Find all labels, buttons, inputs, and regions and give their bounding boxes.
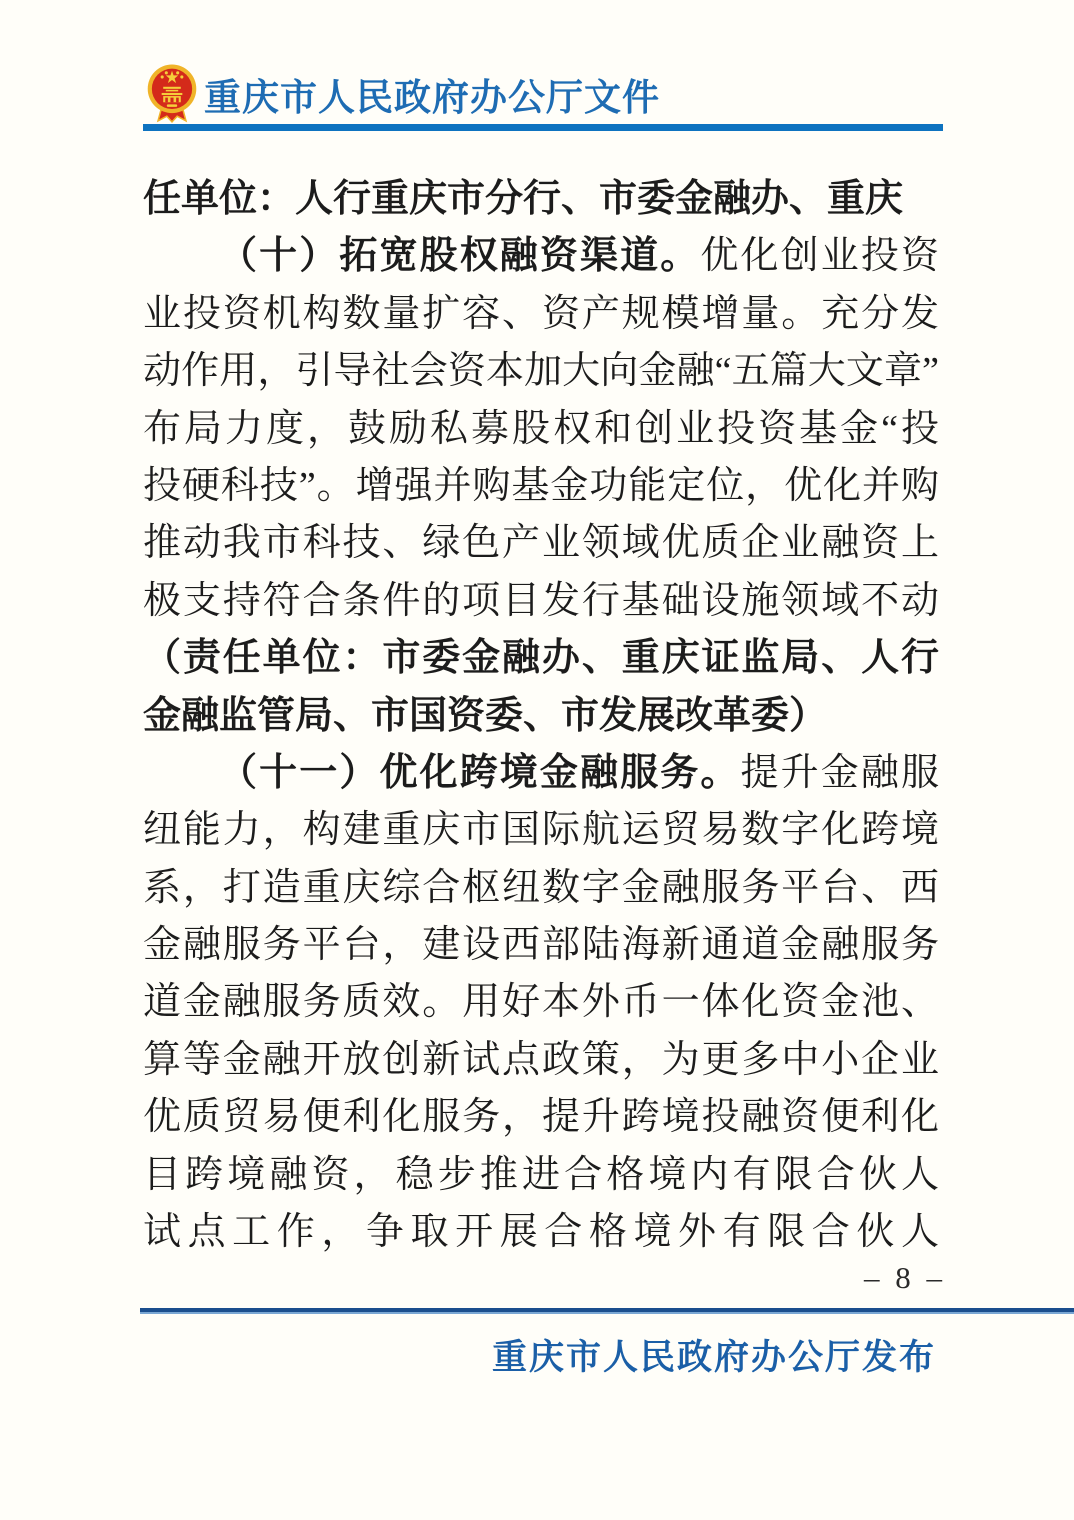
header-rule xyxy=(143,124,943,131)
body-line: 极支持符合条件的项目发行基础设施领域不动产投资信托基金。 xyxy=(143,573,939,630)
body-line: 算等金融开放创新试点政策，为更多中小企业和贸易新业态提供 xyxy=(143,1032,939,1089)
national-emblem-icon xyxy=(146,63,198,125)
body-text: 道金融服务质效。用好本外币一体化资金池、数字人民币跨境结 xyxy=(143,981,939,1031)
body-line: （十一）优化跨境金融服务。提升金融服务内陆开放综合枢 xyxy=(143,745,939,802)
body-text: 投硬科技”。增强并购基金功能定位，优化并购贷款服务，加力 xyxy=(143,465,939,515)
body-text-bold: 金融监管局、市国资委、市发展改革委） xyxy=(143,695,827,737)
body-line: 投硬科技”。增强并购基金功能定位，优化并购贷款服务，加力 xyxy=(143,458,939,515)
body-text: 试点工作，争取开展合格境外有限合伙人（QFLP）试点。推动 xyxy=(143,1211,939,1261)
body-line: （十）拓宽股权融资渠道。优化创业投资营商环境，推动创 xyxy=(143,228,939,285)
body-line: 动作用，引导社会资本加大向金融“五篇大文章”重点领域投资 xyxy=(143,343,939,400)
footer-rule xyxy=(140,1308,1074,1314)
body-line: 道金融服务质效。用好本外币一体化资金池、数字人民币跨境结 xyxy=(143,974,939,1031)
body-text-bold: 任单位：人行重庆市分行、市委金融办、重庆证监局） xyxy=(143,178,903,228)
body-text-bold: （十一）优化跨境金融服务。 xyxy=(219,752,741,794)
body-text: 极支持符合条件的项目发行基础设施领域不动产投资信托基金。 xyxy=(143,580,939,630)
header-title: 重庆市人民政府办公厅文件 xyxy=(204,67,660,121)
body-line: 业投资机构数量扩容、资产规模增量。充分发挥国有资本引导带 xyxy=(143,286,939,343)
document-header: 重庆市人民政府办公厅文件 xyxy=(146,63,660,125)
document-body: 任单位：人行重庆市分行、市委金融办、重庆证监局）（十）拓宽股权融资渠道。优化创业… xyxy=(143,171,939,1261)
body-line: （责任单位：市委金融办、重庆证监局、人行重庆市分行、重庆 xyxy=(143,630,939,687)
body-line: 纽能力，构建重庆市国际航运贸易数字化跨境结算融资服务体 xyxy=(143,802,939,859)
body-line: 优质贸易便利化服务，提升跨境投融资便利化水平。便利绿色项 xyxy=(143,1089,939,1146)
body-text: 算等金融开放创新试点政策，为更多中小企业和贸易新业态提供 xyxy=(143,1039,939,1089)
body-line: 金融服务平台，建设西部陆海新通道金融服务中心，全面提升通 xyxy=(143,917,939,974)
body-text: 金融服务平台，建设西部陆海新通道金融服务中心，全面提升通 xyxy=(143,924,939,974)
document-page: 重庆市人民政府办公厅文件 任单位：人行重庆市分行、市委金融办、重庆证监局）（十）… xyxy=(0,0,1074,1520)
body-text: 布局力度，鼓励私募股权和创业投资基金“投早、投小、投长期、 xyxy=(143,408,939,458)
page-number: – 8 – xyxy=(864,1260,946,1296)
body-line: 试点工作，争取开展合格境外有限合伙人（QFLP）试点。推动 xyxy=(143,1204,939,1261)
body-line: 金融监管局、市国资委、市发展改革委） xyxy=(143,688,939,745)
body-text: 推动我市科技、绿色产业领域优质企业融资上市、并购重组。积 xyxy=(143,522,939,572)
body-text-bold: （十）拓宽股权融资渠道。 xyxy=(219,235,700,277)
body-text: 业投资机构数量扩容、资产规模增量。充分发挥国有资本引导带 xyxy=(143,293,939,343)
body-text: 纽能力，构建重庆市国际航运贸易数字化跨境结算融资服务体 xyxy=(143,809,939,859)
footer-publisher: 重庆市人民政府办公厅发布 xyxy=(492,1330,936,1380)
body-text: 系，打造重庆综合枢纽数字金融服务平台、西部陆海新通道数智 xyxy=(143,867,939,917)
body-text: 优质贸易便利化服务，提升跨境投融资便利化水平。便利绿色项 xyxy=(143,1096,939,1146)
body-text: 目跨境融资，稳步推进合格境内有限合伙人（QDLP）对外投资 xyxy=(143,1154,939,1204)
body-text-bold: （责任单位：市委金融办、重庆证监局、人行重庆市分行、重庆 xyxy=(143,637,939,687)
body-line: 布局力度，鼓励私募股权和创业投资基金“投早、投小、投长期、 xyxy=(143,401,939,458)
body-line: 任单位：人行重庆市分行、市委金融办、重庆证监局） xyxy=(143,171,939,228)
body-line: 推动我市科技、绿色产业领域优质企业融资上市、并购重组。积 xyxy=(143,515,939,572)
body-text: 动作用，引导社会资本加大向金融“五篇大文章”重点领域投资 xyxy=(143,350,939,400)
body-line: 系，打造重庆综合枢纽数字金融服务平台、西部陆海新通道数智 xyxy=(143,860,939,917)
body-line: 目跨境融资，稳步推进合格境内有限合伙人（QDLP）对外投资 xyxy=(143,1147,939,1204)
